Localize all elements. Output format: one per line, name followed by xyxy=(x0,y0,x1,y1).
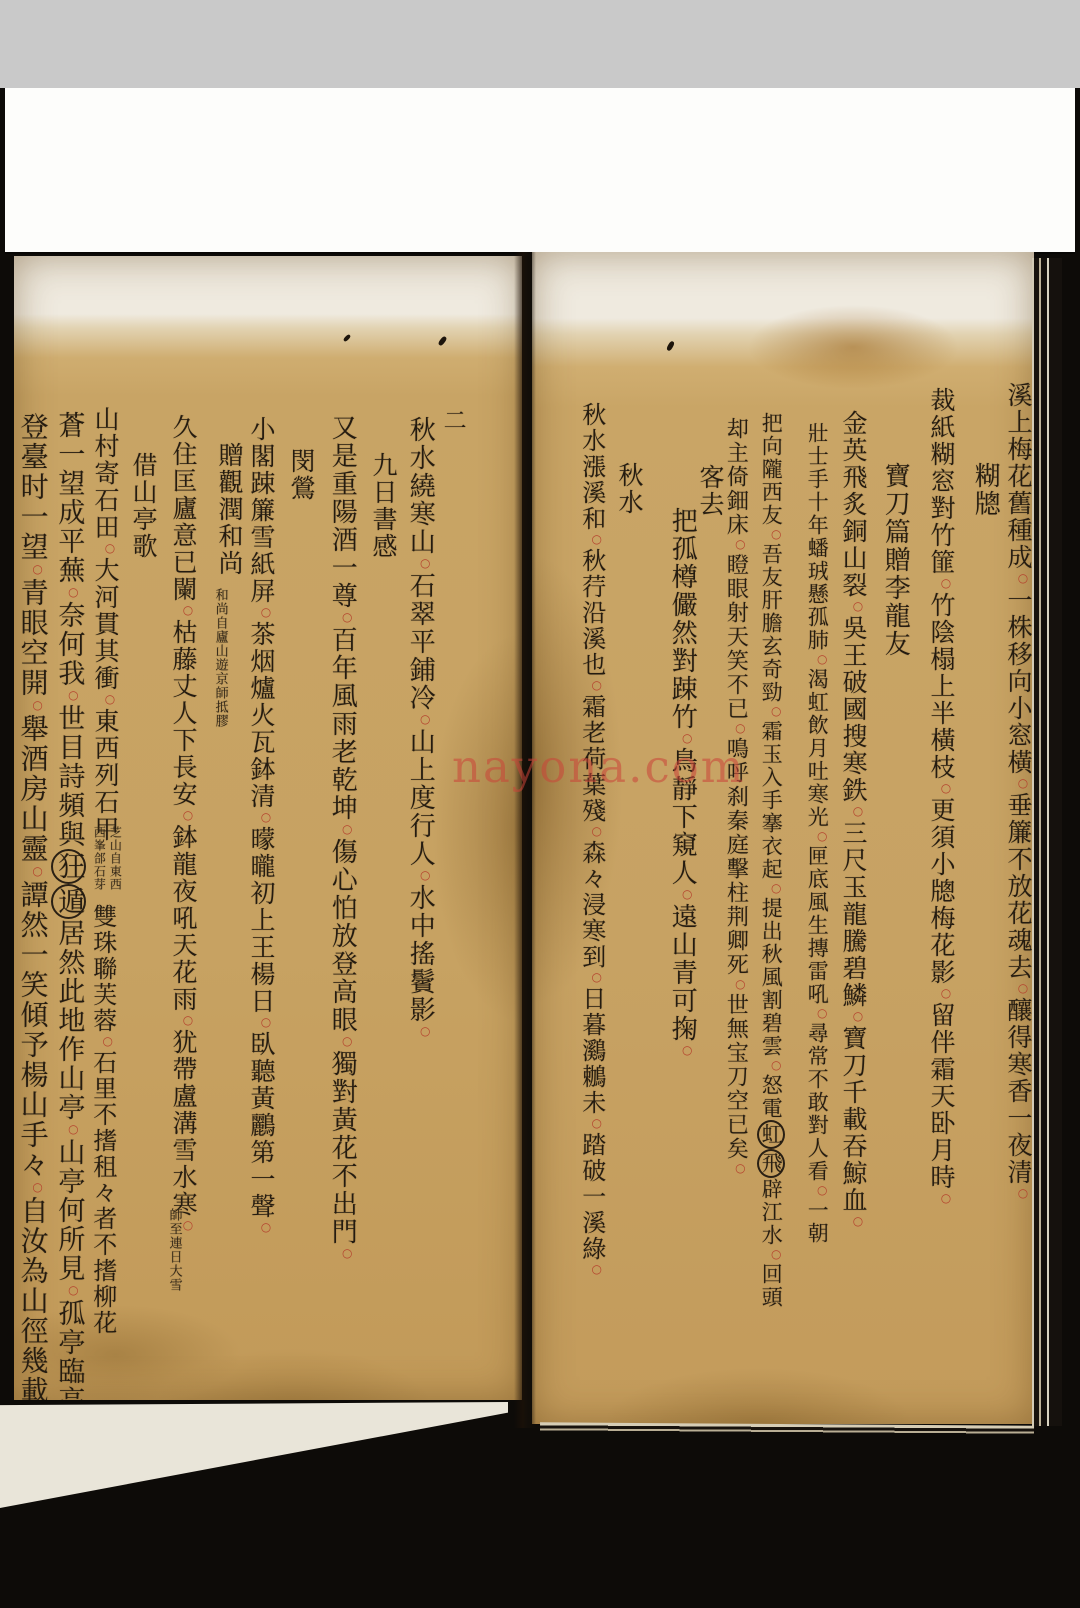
reading-mark-icon: ○ xyxy=(181,808,195,824)
reading-mark-icon: ○ xyxy=(851,1009,865,1025)
text-column-l5: 閔鶯 xyxy=(286,448,316,502)
reading-mark-icon: ○ xyxy=(939,1191,953,1207)
text-column-l8n: 師至連日大雪 xyxy=(166,1208,182,1292)
circled-character: 遁 xyxy=(51,884,86,919)
text-column-r11: 秋水 xyxy=(614,462,644,516)
backing-sheet xyxy=(5,88,1075,252)
right-page-bottom-edge xyxy=(540,1422,1034,1437)
reading-mark-icon: ○ xyxy=(340,610,354,626)
reading-mark-icon: ○ xyxy=(815,1183,829,1199)
text-column-r4: 寶刀篇贈李龍友 xyxy=(879,462,910,658)
reading-mark-icon: ○ xyxy=(103,541,117,557)
text-column-r1: 溪上梅花舊種成○一株移向小窓橫○垂簾不放花魂去○釀得寒香一夜清○ xyxy=(1003,382,1033,1202)
text-column-r5: 金英飛炙銅山裂○吳王破國搜寒鉄○三尺玉龍騰碧鱗○寶刀千載吞鯨血○ xyxy=(838,410,868,1230)
reading-mark-icon: ○ xyxy=(769,1058,783,1074)
text-column-r2: 糊牕 xyxy=(969,462,1000,518)
text-column-r12: 秋水漲溪和○秋荇沿溪也○霜老荷葉殘○森々浸寒到○日暮鸂鶒未○踏破一溪綠○ xyxy=(577,402,606,1278)
circled-character: 飛 xyxy=(757,1149,785,1178)
text-column-l3: 九日書感 xyxy=(368,452,398,560)
reading-mark-icon: ○ xyxy=(733,721,747,737)
reading-mark-icon: ○ xyxy=(1016,981,1030,997)
circled-character: 虹 xyxy=(757,1120,785,1149)
text-column-l10n2: 西峯郃石芽 xyxy=(92,826,106,891)
reading-mark-icon: ○ xyxy=(589,678,603,694)
reading-mark-icon: ○ xyxy=(340,1034,354,1050)
reading-mark-icon: ○ xyxy=(589,824,603,840)
reading-mark-icon: ○ xyxy=(815,1006,829,1022)
reading-mark-icon: ○ xyxy=(589,970,603,986)
reading-mark-icon: ○ xyxy=(1016,571,1030,587)
reading-mark-icon: ○ xyxy=(259,1220,273,1236)
text-column-l11: 蒼一望成平蕪○奈何我○世目詩頻與狂遁居然此地作山亭○山亭何所見○孤亭臨高臺 xyxy=(52,411,84,1400)
text-column-l7: 贈觀潤和尚 xyxy=(214,442,244,577)
reading-mark-icon: ○ xyxy=(1016,776,1030,792)
reading-mark-icon: ○ xyxy=(103,692,117,708)
reading-mark-icon: ○ xyxy=(30,698,44,714)
text-column-r3: 裁紙糊窓對竹篚○竹陰榻上半橫枝○更須小牕梅花影○留伴霜天卧月時○ xyxy=(926,387,956,1207)
reading-mark-icon: ○ xyxy=(418,712,432,728)
text-column-l1: 二 xyxy=(438,408,466,433)
text-column-l9: 借山亭歌 xyxy=(128,452,158,560)
reading-mark-icon: ○ xyxy=(66,585,80,601)
reading-mark-icon: ○ xyxy=(851,804,865,820)
reading-mark-icon: ○ xyxy=(589,1116,603,1132)
book-gutter-shadow xyxy=(514,252,536,1428)
text-column-l8: 久住匡廬意已闌○枯藤丈人下長安○鉢龍夜吼天花雨○犹帶盧溝雪水寒○ xyxy=(168,414,198,1234)
reading-mark-icon: ○ xyxy=(939,986,953,1002)
reading-mark-icon: ○ xyxy=(181,1218,195,1234)
reading-mark-icon: ○ xyxy=(259,1015,273,1031)
reading-mark-icon: ○ xyxy=(589,1262,603,1278)
text-column-r8: 却主倚鈿床○瞪眼射天笑不已○鳴呼刹秦庭擊柱荆卿死○世無宝刀空已矣○ xyxy=(722,417,748,1177)
reading-mark-icon: ○ xyxy=(815,829,829,845)
reading-mark-icon: ○ xyxy=(680,887,694,903)
text-column-l4: 又是重陽酒一尊○百年風雨老乾坤○傷心怕放登高眼○獨對黃花不出門○ xyxy=(326,414,357,1262)
text-column-r6: 壯士手十年蟠珬懸孤肺○渴虹飲月吐寒光○匣底風生摶雷吼○尋常不敢對人看○一朝 xyxy=(804,422,829,1245)
text-column-l10b: 雙珠聯芙蓉○石里不搘租々者不搘柳花 xyxy=(88,904,117,1336)
reading-mark-icon: ○ xyxy=(418,556,432,572)
text-column-r9: 客去 xyxy=(695,464,725,518)
scanner-gray-bar xyxy=(0,0,1080,88)
reading-mark-icon: ○ xyxy=(418,1024,432,1040)
reading-mark-icon: ○ xyxy=(769,881,783,897)
reading-mark-icon: ○ xyxy=(769,1247,783,1263)
reading-mark-icon: ○ xyxy=(100,1034,114,1050)
reading-mark-icon: ○ xyxy=(259,605,273,621)
reading-mark-icon: ○ xyxy=(340,1246,354,1262)
reading-mark-icon: ○ xyxy=(815,652,829,668)
reading-mark-icon: ○ xyxy=(66,1283,80,1299)
reading-mark-icon: ○ xyxy=(769,704,783,720)
reading-mark-icon: ○ xyxy=(181,603,195,619)
reading-mark-icon: ○ xyxy=(769,527,783,543)
reading-mark-icon: ○ xyxy=(259,810,273,826)
reading-mark-icon: ○ xyxy=(30,562,44,578)
text-column-l6: 小閣踈簾雪紙屏○茶烟爐火瓦鉢清○曚曨初上王楊日○臥聽黃鸝第一聲○ xyxy=(246,416,276,1236)
reading-mark-icon: ○ xyxy=(340,822,354,838)
text-column-l2: 秋水繞寒山○石翠平鋪冷○山上度行人○水中搖鬢影○ xyxy=(404,416,435,1040)
reading-mark-icon: ○ xyxy=(939,781,953,797)
reading-mark-icon: ○ xyxy=(733,537,747,553)
left-page: 二秋水繞寒山○石翠平鋪冷○山上度行人○水中搖鬢影○九日書感又是重陽酒一尊○百年風… xyxy=(14,256,522,1400)
text-column-r7: 把向隴西友○吾友肝膽玄奇勁○霜玉入手搴衣起○提出秋風割碧雲○怒電虹飛辟江水○回頭 xyxy=(758,412,783,1309)
reading-mark-icon: ○ xyxy=(680,1043,694,1059)
site-watermark: nayona.com xyxy=(452,740,745,793)
manuscript-scan: 二秋水繞寒山○石翠平鋪冷○山上度行人○水中搖鬢影○九日書感又是重陽酒一尊○百年風… xyxy=(0,0,1080,1608)
reading-mark-icon: ○ xyxy=(66,688,80,704)
right-page: 溪上梅花舊種成○一株移向小窓橫○垂簾不放花魂去○釀得寒香一夜清○糊牕裁紙糊窓對竹… xyxy=(532,252,1034,1424)
page-edges-stack xyxy=(1032,258,1062,1426)
reading-mark-icon: ○ xyxy=(589,532,603,548)
reading-mark-icon: ○ xyxy=(181,1013,195,1029)
reading-mark-icon: ○ xyxy=(939,576,953,592)
under-page-corner xyxy=(0,1402,508,1508)
text-column-l10n1: 芝山自東西 xyxy=(108,826,122,891)
reading-mark-icon: ○ xyxy=(851,1214,865,1230)
reading-mark-icon: ○ xyxy=(30,864,44,880)
reading-mark-icon: ○ xyxy=(30,1180,44,1196)
reading-mark-icon: ○ xyxy=(733,977,747,993)
circled-character: 狂 xyxy=(51,849,86,884)
reading-mark-icon: ○ xyxy=(66,1122,80,1138)
text-column-l12: 登臺时一望○青眼空開○舉酒房山靈○譚然一笑傾予楊山手々○自汝為山徑幾載年 xyxy=(16,412,50,1400)
reading-mark-icon: ○ xyxy=(851,599,865,615)
text-column-l7n: 和尚自廬山遊京師抵膠 xyxy=(212,588,228,728)
reading-mark-icon: ○ xyxy=(418,868,432,884)
reading-mark-icon: ○ xyxy=(733,1161,747,1177)
reading-mark-icon: ○ xyxy=(1016,1186,1030,1202)
text-column-l10a: 山村寄石田○大河貫其衝○東西列石甲 xyxy=(90,406,120,843)
